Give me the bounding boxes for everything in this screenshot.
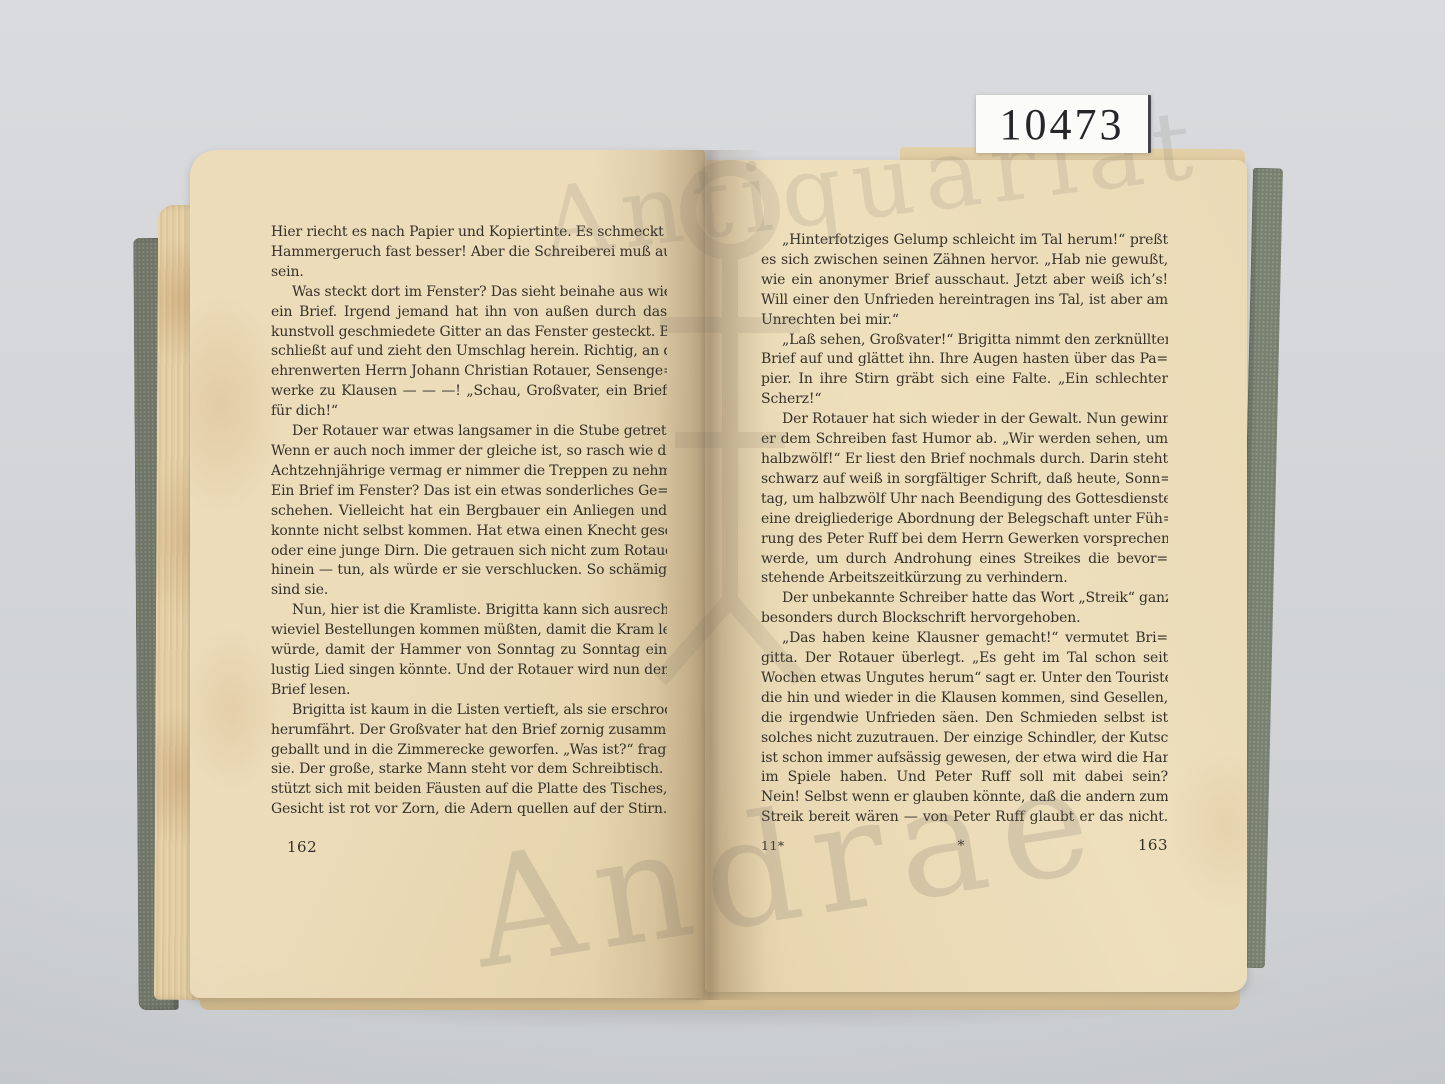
page-number-left: 162 [287, 838, 317, 856]
page-text-left: Hier riecht es nach Papier und Kopiertin… [271, 223, 667, 823]
photo-scene: Hier riecht es nach Papier und Kopiertin… [0, 0, 1445, 1084]
text-line: lustig Lied singen könnte. Und der Rotau… [271, 661, 667, 681]
text-line: im Spiele haben. Und Peter Ruff soll mit… [761, 768, 1168, 788]
text-line: Nun, hier ist die Kramliste. Brigitta ka… [271, 601, 667, 621]
text-line: Brigitta ist kaum in die Listen vertieft… [271, 701, 667, 721]
text-line: für dich!“ [271, 402, 667, 422]
section-asterisk: * [785, 838, 1138, 854]
text-line: stützt sich mit beiden Fäusten auf die P… [271, 780, 667, 800]
text-line: ein Brief. Irgend jemand hat ihn von auß… [271, 303, 667, 323]
text-line: Gesicht ist rot vor Zorn, die Adern quel… [271, 800, 667, 820]
text-line: oder eine junge Dirn. Die getrauen sich … [271, 542, 667, 562]
text-line: Hier riecht es nach Papier und Kopiertin… [271, 223, 667, 243]
text-line: Nein! Selbst wenn er glauben könnte, daß… [761, 788, 1168, 808]
text-line: Was steckt dort im Fenster? Das sieht be… [271, 283, 667, 303]
text-line: ehrenwerten Herrn Johann Christian Rotau… [271, 362, 667, 382]
text-line: kunstvoll geschmiedete Gitter an das Fen… [271, 323, 667, 343]
text-line: geballt und in die Zimmerecke geworfen. … [271, 741, 667, 761]
text-line: Wenn er auch noch immer der gleiche ist,… [271, 442, 667, 462]
text-line: werke zu Klausen — — —! „Schau, Großvate… [271, 382, 667, 402]
text-line: Hammergeruch fast besser! Aber die Schre… [271, 243, 667, 263]
signature-mark: 11* [761, 838, 785, 853]
text-line: schehen. Vielleicht hat ein Bergbauer ei… [271, 502, 667, 522]
text-line: schließt auf und zieht den Umschlag here… [271, 342, 667, 362]
inventory-label: 10473 [976, 95, 1151, 153]
text-line: konnte nicht selbst kommen. Hat etwa ein… [271, 522, 667, 542]
text-line: ist schon immer aufsässig gewesen, der e… [761, 749, 1168, 769]
text-line: solches nicht zuzutrauen. Der einzige Sc… [761, 729, 1168, 749]
page-footer-right: 11* * 163 [761, 836, 1168, 854]
text-line: herumfährt. Der Großvater hat den Brief … [271, 721, 667, 741]
text-line: hinein — tun, als würde er sie verschluc… [271, 561, 667, 581]
text-line: würde, damit der Hammer von Sonntag zu S… [271, 641, 667, 661]
text-line: die irgendwie Unfrieden säen. Den Schmie… [761, 709, 1168, 729]
text-line: Achtzehnjährige vermag er nimmer die Tre… [271, 462, 667, 482]
text-line: sind sie. [271, 581, 667, 601]
text-line: sie. Der große, starke Mann steht vor de… [271, 760, 667, 780]
text-line: wieviel Bestellungen kommen müßten, dami… [271, 621, 667, 641]
page-number-right: 163 [1138, 836, 1168, 854]
text-line: sein. [271, 263, 667, 283]
text-line: Brief lesen. [271, 681, 667, 701]
publisher-emblem-watermark [620, 140, 840, 700]
inventory-number: 10473 [1000, 99, 1125, 150]
text-line: Ein Brief im Fenster? Das ist ein etwas … [271, 482, 667, 502]
text-line: Der Rotauer war etwas langsamer in die S… [271, 422, 667, 442]
text-line: Streik bereit wären — von Peter Ruff gla… [761, 808, 1168, 828]
